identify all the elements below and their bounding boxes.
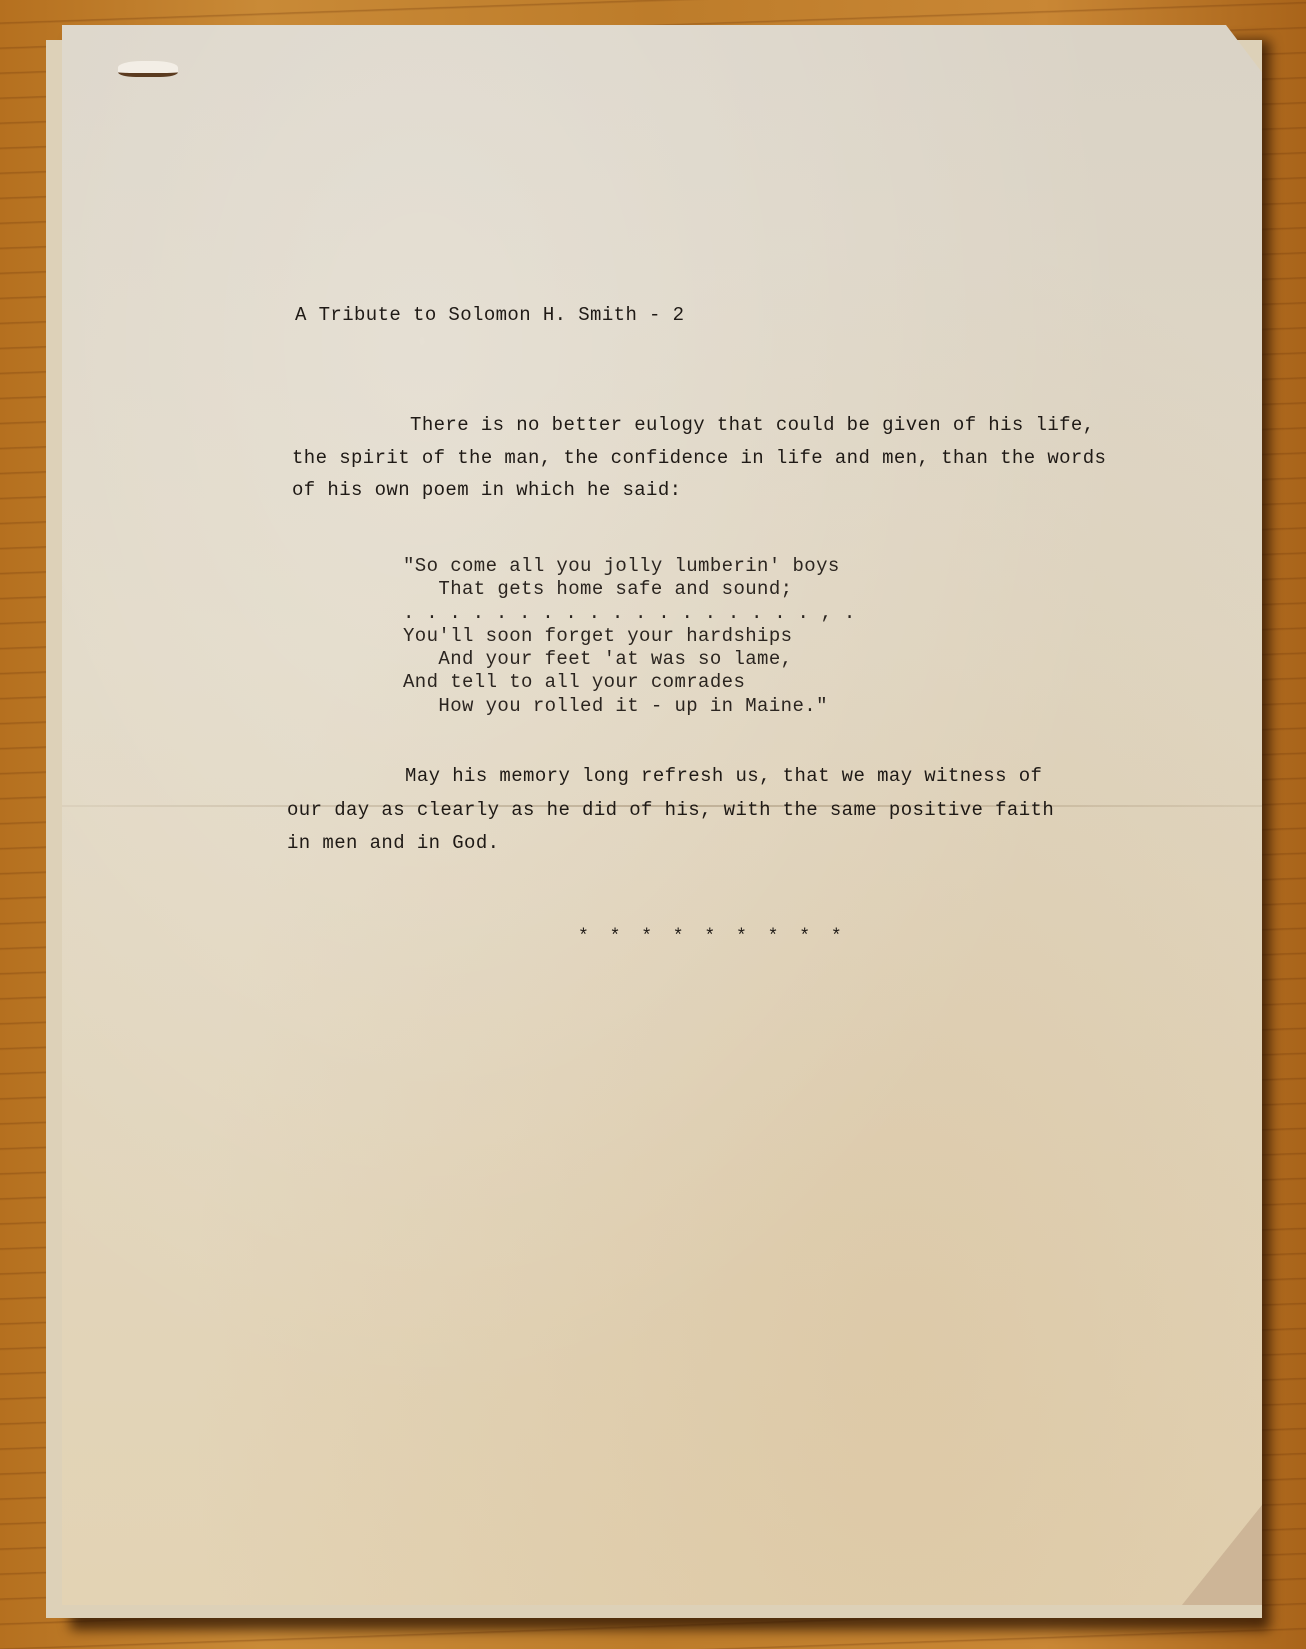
paragraph1-line: of his own poem in which he said: [292,481,681,500]
page-title: A Tribute to Solomon H. Smith - 2 [295,306,684,325]
poem-line: How you rolled it - up in Maine." [403,697,828,716]
poem-line: You'll soon forget your hardships [403,627,792,646]
paragraph2-line: our day as clearly as he did of his, wit… [287,801,1054,820]
paragraph2-line: May his memory long refresh us, that we … [287,767,1042,786]
poem-ellipsis: . . . . . . . . . . . . . . . . . . , . [403,604,855,623]
end-mark: * * * * * * * * * [578,928,847,946]
poem-line: That gets home safe and sound; [403,580,792,599]
poem-line: And tell to all your comrades [403,673,745,692]
staple-hole [118,61,178,77]
poem-line: And your feet 'at was so lame, [403,650,792,669]
poem-line: "So come all you jolly lumberin' boys [403,557,840,576]
paragraph1-line: the spirit of the man, the confidence in… [292,449,1106,468]
paragraph1-line: There is no better eulogy that could be … [292,416,1095,435]
folded-corner [1182,1505,1262,1605]
paragraph2-line: in men and in God. [287,834,499,853]
